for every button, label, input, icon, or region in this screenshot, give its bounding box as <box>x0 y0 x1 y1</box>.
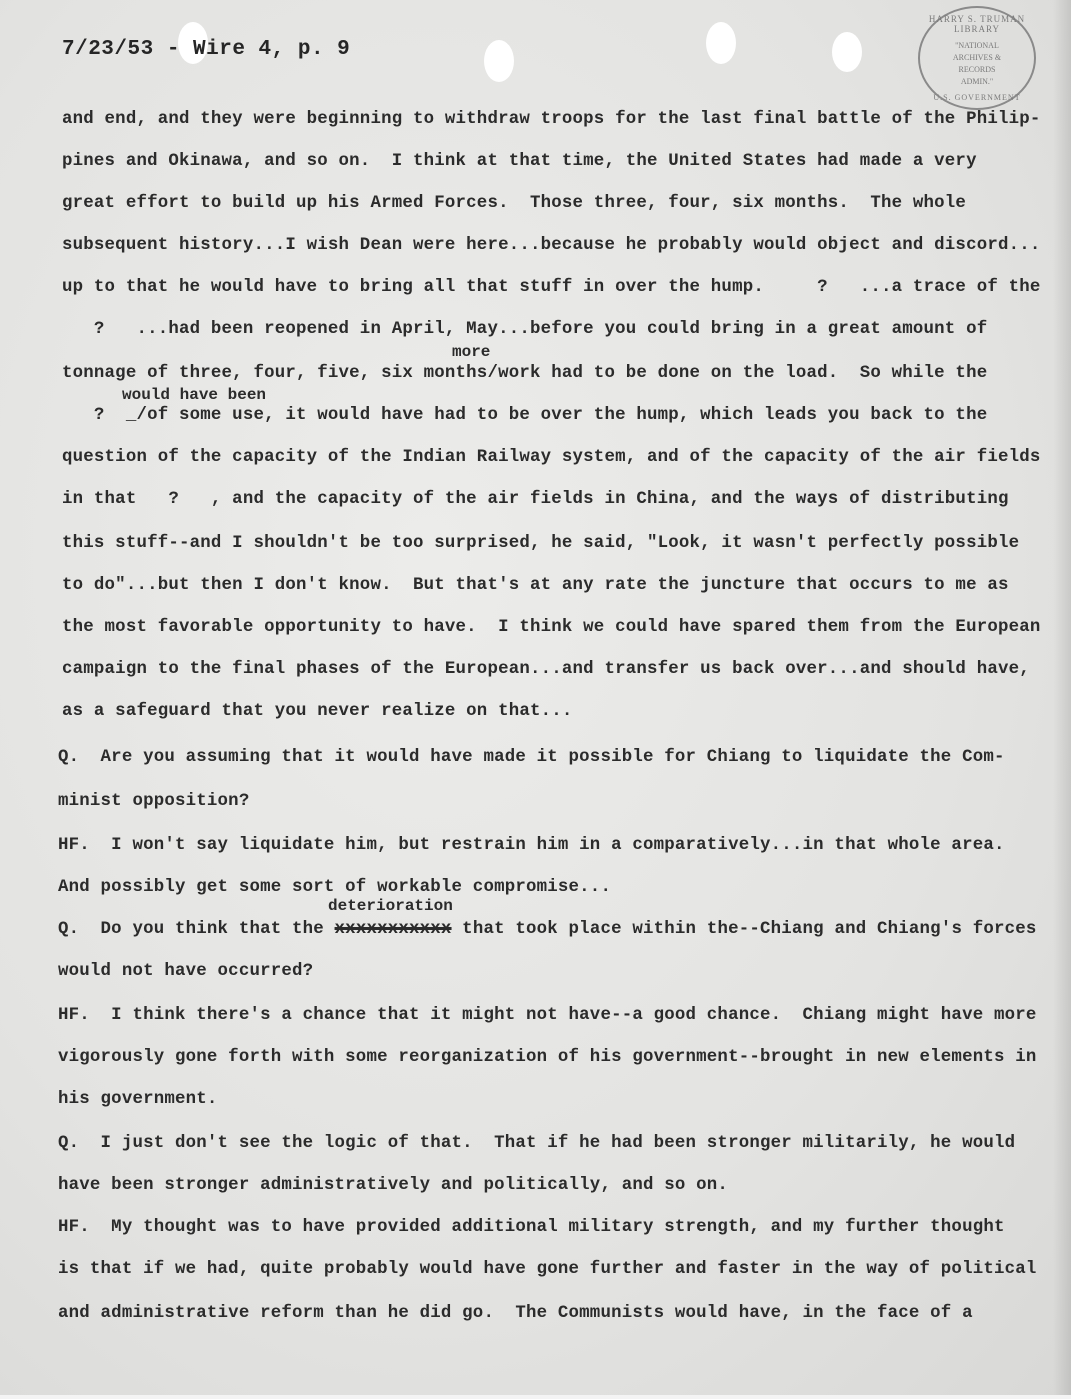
page-header: 7/23/53 - Wire 4, p. 9 <box>62 38 350 61</box>
struck-text: xxxxxxxxxxx <box>335 920 452 939</box>
stamp-center-line: ARCHIVES & <box>920 52 1034 64</box>
punch-hole-icon <box>832 32 862 72</box>
text-line: would not have occurred? <box>58 962 313 981</box>
text-line: ? _/of some use, it would have had to be… <box>62 406 987 425</box>
stamp-center-line: RECORDS <box>920 64 1034 76</box>
question-line: Q. Do you think that the xxxxxxxxxxx tha… <box>58 920 1037 939</box>
text-line: in that ? , and the capacity of the air … <box>62 490 1009 509</box>
text-span: Q. Do you think that the <box>58 920 335 939</box>
text-line: pines and Okinawa, and so on. I think at… <box>62 152 977 171</box>
text-line: and end, and they were beginning to with… <box>62 110 1041 129</box>
handwritten-insertion: deterioration <box>328 897 453 915</box>
stamp-ring-bottom: U.S. GOVERNMENT <box>920 93 1034 102</box>
question-line: Q. I just don't see the logic of that. T… <box>58 1134 1015 1153</box>
stamp-ring-top: HARRY S. TRUMAN LIBRARY <box>920 14 1034 34</box>
text-line: tonnage of three, four, five, six months… <box>62 364 987 383</box>
text-line: as a safeguard that you never realize on… <box>62 702 573 721</box>
text-line: up to that he would have to bring all th… <box>62 278 1041 297</box>
handwritten-insertion: more <box>452 343 490 361</box>
text-line: his government. <box>58 1090 218 1109</box>
text-line: to do"...but then I don't know. But that… <box>62 576 1009 595</box>
answer-line: HF. I won't say liquidate him, but restr… <box>58 836 1005 855</box>
punch-hole-icon <box>484 40 514 82</box>
stamp-center-line: "NATIONAL <box>920 40 1034 52</box>
text-line: ? ...had been reopened in April, May...b… <box>62 320 987 339</box>
text-line: vigorously gone forth with some reorgani… <box>58 1048 1037 1067</box>
text-line: question of the capacity of the Indian R… <box>62 448 1041 467</box>
handwritten-insertion: would have been <box>122 386 266 404</box>
text-span: that took place within the--Chiang and C… <box>452 920 1037 939</box>
answer-line: HF. I think there's a chance that it mig… <box>58 1006 1037 1025</box>
text-line: great effort to build up his Armed Force… <box>62 194 966 213</box>
text-line: subsequent history...I wish Dean were he… <box>62 236 1041 255</box>
text-line: And possibly get some sort of workable c… <box>58 878 611 897</box>
archive-stamp-icon: HARRY S. TRUMAN LIBRARY "NATIONAL ARCHIV… <box>918 6 1036 110</box>
punch-hole-icon <box>706 22 736 64</box>
text-line: this stuff--and I shouldn't be too surpr… <box>62 534 1019 553</box>
answer-line: HF. My thought was to have provided addi… <box>58 1218 1005 1237</box>
text-line: and administrative reform than he did go… <box>58 1304 973 1323</box>
page-bottom-edge <box>0 1395 1071 1399</box>
text-line: the most favorable opportunity to have. … <box>62 618 1041 637</box>
stamp-center: "NATIONAL ARCHIVES & RECORDS ADMIN." <box>920 40 1034 88</box>
text-line: is that if we had, quite probably would … <box>58 1260 1037 1279</box>
question-line: Q. Are you assuming that it would have m… <box>58 748 1005 767</box>
text-line: campaign to the final phases of the Euro… <box>62 660 1030 679</box>
page-edge-shadow <box>1053 0 1071 1399</box>
stamp-center-line: ADMIN." <box>920 76 1034 88</box>
text-line: have been stronger administratively and … <box>58 1176 728 1195</box>
document-page: 7/23/53 - Wire 4, p. 9 HARRY S. TRUMAN L… <box>0 0 1071 1399</box>
text-line: minist opposition? <box>58 792 249 811</box>
